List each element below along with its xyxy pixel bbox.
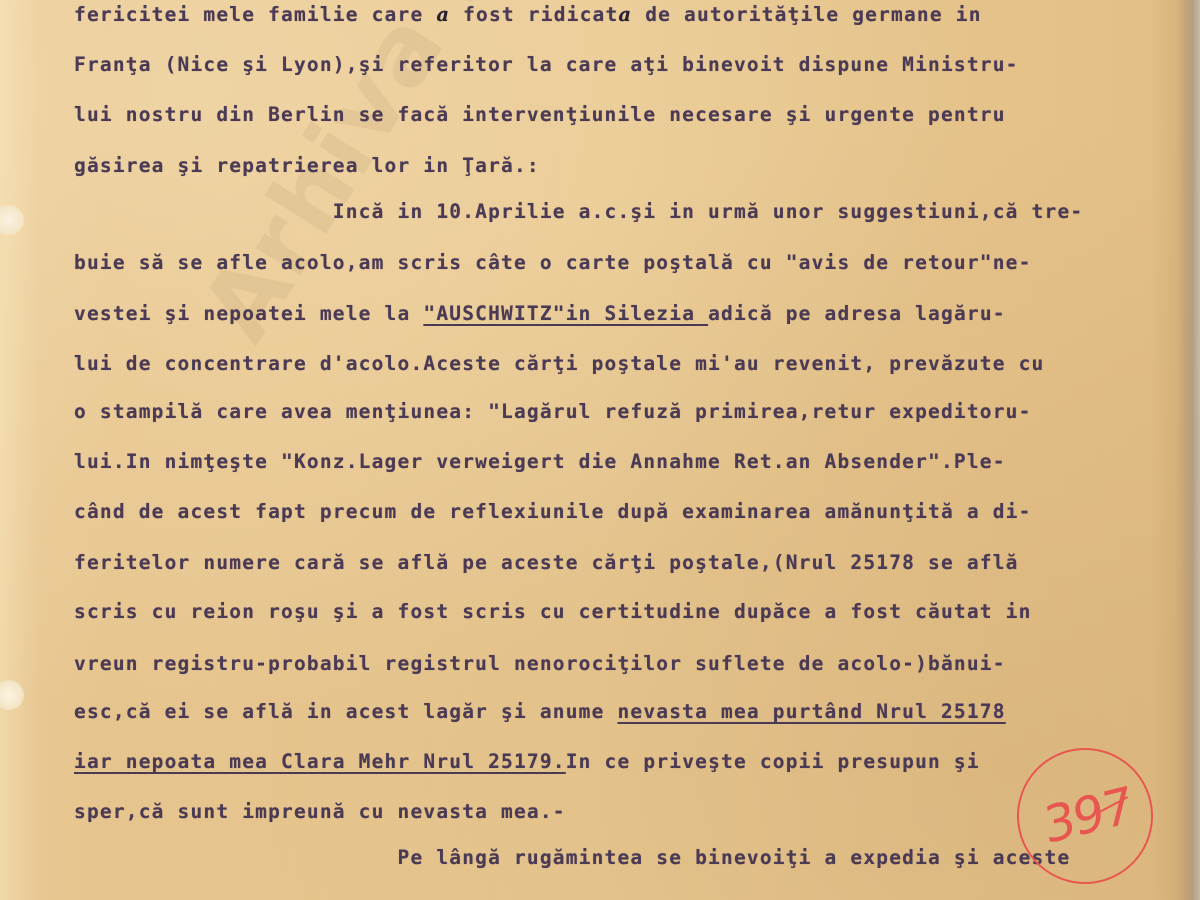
text-line: Incă in 10.Aprilie a.c.şi in urmă unor s… xyxy=(74,200,1083,223)
text-segment: Franţa (Nice şi Lyon),şi referitor la ca… xyxy=(74,53,1019,76)
text-segment: sper,că sunt impreună cu nevasta mea.- xyxy=(74,800,566,823)
text-segment: când de acest fapt precum de reflexiunil… xyxy=(74,500,1032,523)
text-segment: găsirea şi repatrierea lor in Ţară.: xyxy=(74,154,540,177)
text-line: buie să se afle acolo,am scris câte o ca… xyxy=(74,251,1032,274)
text-line: lui.In nimţeşte "Konz.Lager verweigert d… xyxy=(74,450,1006,473)
text-line: Franţa (Nice şi Lyon),şi referitor la ca… xyxy=(74,53,1019,76)
text-line: vreun registru-probabil registrul nenoro… xyxy=(74,652,1006,675)
text-line: o stampilă care avea menţiunea: "Lagărul… xyxy=(74,400,1032,423)
page-number-stamp: 397 xyxy=(1008,739,1162,893)
text-segment: fericitei mele familie care xyxy=(74,3,436,26)
page-edge-shadow xyxy=(1182,0,1200,900)
text-line: fericitei mele familie care a fost ridic… xyxy=(74,3,982,26)
text-segment: adică pe adresa lagăru- xyxy=(708,302,1006,325)
document-page: Arhiva Ministerului Afacerilor Externe f… xyxy=(0,0,1200,900)
underlined-text: iar nepoata mea Clara Mehr Nrul 25179. xyxy=(74,750,566,773)
underlined-text: nevasta mea purtând Nrul 25178 xyxy=(617,700,1005,723)
text-segment: lui de concentrare d'acolo.Aceste cărţi … xyxy=(74,352,1045,375)
text-segment: In ce priveşte copii presupun şi xyxy=(566,750,980,773)
text-segment: de autorităţile germane in xyxy=(632,3,981,26)
text-segment: lui.In nimţeşte "Konz.Lager verweigert d… xyxy=(74,450,1006,473)
binding-hole xyxy=(0,205,24,235)
text-line: iar nepoata mea Clara Mehr Nrul 25179.In… xyxy=(74,750,980,773)
text-segment: feritelor numere cară se află pe aceste … xyxy=(74,551,1019,574)
text-segment: scris cu reion roşu şi a fost scris cu c… xyxy=(74,600,1032,623)
handwritten-correction: a xyxy=(436,3,450,26)
binding-hole xyxy=(0,680,24,710)
page-number: 397 xyxy=(1042,776,1135,856)
text-segment: vreun registru-probabil registrul nenoro… xyxy=(74,652,1006,675)
text-line: vestei şi nepoatei mele la "AUSCHWITZ"in… xyxy=(74,302,1006,325)
text-line: când de acest fapt precum de reflexiunil… xyxy=(74,500,1032,523)
text-line: Pe lângă rugămintea se binevoiţi a exped… xyxy=(74,846,1070,869)
handwritten-correction: a xyxy=(618,3,632,26)
text-line: scris cu reion roşu şi a fost scris cu c… xyxy=(74,600,1032,623)
text-line: feritelor numere cară se află pe aceste … xyxy=(74,551,1019,574)
text-line: lui nostru din Berlin se facă intervenţi… xyxy=(74,103,1006,126)
text-segment: vestei şi nepoatei mele la xyxy=(74,302,423,325)
text-segment: Pe lângă rugămintea se binevoiţi a exped… xyxy=(74,846,1070,869)
text-segment: fost ridicat xyxy=(450,3,618,26)
text-line: sper,că sunt impreună cu nevasta mea.- xyxy=(74,800,566,823)
text-line: lui de concentrare d'acolo.Aceste cărţi … xyxy=(74,352,1045,375)
text-segment: o stampilă care avea menţiunea: "Lagărul… xyxy=(74,400,1032,423)
text-segment: esc,că ei se află in acest lagăr şi anum… xyxy=(74,700,617,723)
text-line: găsirea şi repatrierea lor in Ţară.: xyxy=(74,154,540,177)
text-segment: lui nostru din Berlin se facă intervenţi… xyxy=(74,103,1006,126)
text-segment: buie să se afle acolo,am scris câte o ca… xyxy=(74,251,1032,274)
text-segment: Incă in 10.Aprilie a.c.şi in urmă unor s… xyxy=(74,200,1083,223)
text-line: esc,că ei se află in acest lagăr şi anum… xyxy=(74,700,1006,723)
underlined-text: "AUSCHWITZ"in Silezia xyxy=(423,302,708,325)
